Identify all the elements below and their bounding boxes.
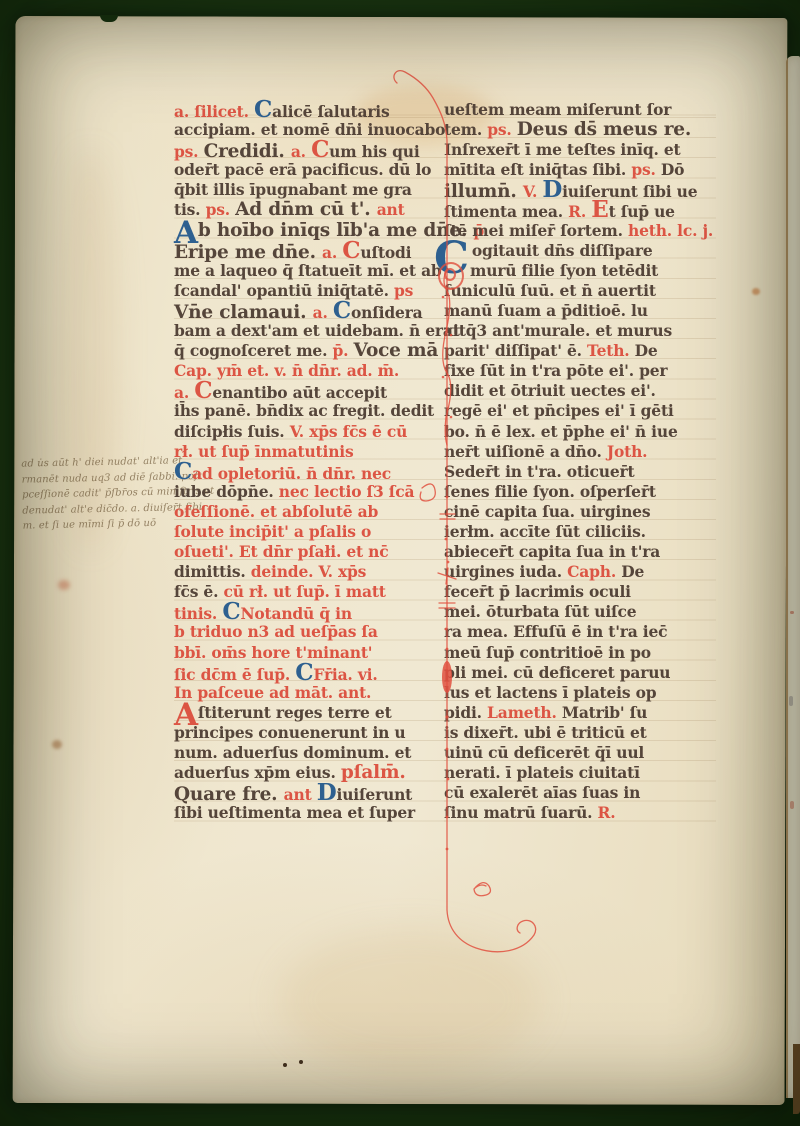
manuscript-line: funiculū ſuū. et n̄ auertit: [444, 281, 716, 301]
manuscript-line: oſueti'. Et dn̄r pſałi. et nc̄: [174, 542, 446, 562]
manuscript-line: ſolute incip̄it' a pſalis o: [174, 522, 446, 542]
text-run: ih̄s panē. bn̄dix ac fregit. dedit: [174, 401, 434, 420]
text-run: ſinu matrū ſuarū.: [444, 803, 598, 822]
manuscript-line: ſcandal' opantiū iniq̄tatē. ps: [174, 281, 446, 301]
text-run: pſalm̄.: [341, 762, 406, 783]
text-run: Teth.: [587, 341, 635, 360]
manuscript-line: abiecer̄t capita ſua in t'ra: [444, 542, 716, 562]
text-run: mītita eſt iniq̄tas ſibi.: [444, 160, 631, 179]
manuscript-line: fecer̄t p̄ lacrimis oculi: [444, 582, 716, 602]
text-run: R.: [568, 202, 591, 221]
initial-letter: C: [174, 458, 192, 485]
manuscript-line: xitq̄3 ant'murale. et murus: [444, 321, 716, 341]
text-run: fixe ſūt in t'ra pōte ei'. per: [444, 361, 667, 380]
text-run: nerati. ī plateis ciuitatī: [444, 763, 640, 782]
text-run: cū rł. ut ſup̄. ī matt: [223, 582, 385, 601]
manuscript-line: meū ſup̄ contritioē in po: [444, 643, 716, 663]
text-run: iuiſerunt ſibi ue: [562, 182, 697, 201]
text-run: Eripe me dn̄e.: [174, 242, 322, 263]
text-run: iube dōpn̄e.: [174, 482, 279, 501]
text-run: lus et lactens ī plateis op: [444, 683, 656, 702]
manuscript-line: manū ſuam a p̄ditioē. lu: [444, 301, 716, 321]
initial-filigree-swirl: [438, 262, 464, 290]
text-run: V.: [523, 182, 543, 201]
gloss-line: m. et ſi ue mīmi ſi p̄ dō uō: [23, 515, 179, 534]
manuscript-line: num. aduerſus dominum. et: [174, 743, 446, 763]
manuscript-line: q̄bit illis īpugnabant me gra: [174, 180, 446, 200]
text-run: De: [635, 341, 658, 360]
manuscript-line: Cad opletoriū. n̄ dn̄r. nec: [174, 462, 446, 482]
manuscript-line: ih̄s panē. bn̄dix ac fregit. dedit: [174, 401, 446, 421]
manuscript-line: tis. ps. Ad dn̄m cū t'. ant: [174, 200, 446, 220]
initial-letter: C: [194, 377, 212, 404]
text-run: fecer̄t p̄ lacrimis oculi: [444, 582, 631, 601]
manuscript-line: nerati. ī plateis ciuitatī: [444, 763, 716, 783]
manuscript-line: iube dōpn̄e. nec lectio ſ3 ſcā: [174, 482, 446, 502]
text-run: t ſup̄ ue: [609, 202, 675, 221]
text-run: ſic dc̄m ē ſup̄.: [174, 665, 295, 684]
foredge-fleck: [789, 696, 793, 706]
text-run: mei. ōturbata ſūt uiſce: [444, 602, 636, 621]
text-run: q̄ cognoſceret me.: [174, 341, 332, 360]
text-run: ſibi ueſtimenta mea et ſuper: [174, 803, 415, 822]
text-run: rł. ut ſup̄ īnmatutinis: [174, 442, 353, 461]
text-run: ueſtem meam miſerunt ſor: [444, 100, 671, 119]
manuscript-line: Quare fre. ant Diuiſerunt: [174, 783, 446, 803]
initial-letter: E: [591, 196, 608, 223]
manuscript-line: accipiam. et nomē dn̄i inuocabo: [174, 120, 446, 140]
manuscript-line: tem. ps. Deus ds̄ meus re.: [444, 120, 716, 140]
text-run: illumn̄.: [444, 181, 523, 202]
text-run: murū filie ſyon tetēdit: [470, 261, 658, 280]
text-run: Vn̄e clamaui.: [174, 302, 313, 323]
text-run: ps.: [631, 160, 661, 179]
manuscript-line: is dixer̄t. ubi ē triticū et: [444, 723, 716, 743]
text-run: diſcipłis ſuis.: [174, 422, 290, 441]
left-column: a. ſilicet. Calicē ſalutarisaccipiam. et…: [174, 100, 446, 826]
text-run: Seder̄t in t'ra. oticuer̄t: [444, 462, 634, 481]
text-run: uſtodi: [360, 243, 411, 262]
binding-edge: [793, 1044, 800, 1114]
text-run: deinde. V. xp̄s: [251, 562, 366, 581]
manuscript-line: didit et ōtriuit uectes ei'.: [444, 381, 716, 401]
text-run: Dō: [661, 160, 684, 179]
initial-letter: C: [222, 598, 240, 625]
manuscript-line: principes conuenerunt in u: [174, 723, 446, 743]
manuscript-line: me a laqueo q̄ ſtatueīt mī. et ab: [174, 261, 446, 281]
text-run: ps.: [206, 200, 236, 219]
text-run: funiculū ſuū. et n̄ auertit: [444, 281, 656, 300]
text-run: bo. n̄ ē lex. et p̄phe ei' n̄ iue: [444, 422, 678, 441]
text-run: enantibo aūt accepit: [212, 383, 387, 402]
manuscript-line: ſenes filie ſyon. oſperſer̄t: [444, 482, 716, 502]
manuscript-line: regē ei' et pn̄cipes ei' ī gēti: [444, 401, 716, 421]
manuscript-line: Eripe me dn̄e. a. Cuſtodi: [174, 241, 446, 261]
text-run: ſtimenta mea.: [444, 202, 568, 221]
text-run: didit et ōtriuit uectes ei'.: [444, 381, 656, 400]
text-run: um his qui: [329, 142, 419, 161]
text-run: In paſceue ad māt. ant.: [174, 683, 371, 702]
book-foredge: [786, 56, 800, 1098]
manuscript-line: pli mei. cū deficeret paruu: [444, 663, 716, 683]
text-run: Matrib' ſu: [562, 703, 647, 722]
initial-letter: A: [174, 705, 198, 725]
text-run: manū ſuam a p̄ditioē. lu: [444, 301, 648, 320]
text-run: Notandū q̄ in: [240, 604, 351, 623]
text-run: ogitauit dn̄s diſſipare: [472, 241, 653, 260]
text-run: bam a dext'am et uidebam. n̄ erat: [174, 321, 460, 340]
manuscript-line: ſtē mei miſer̄ ſortem. heth. lc. j.: [444, 221, 716, 241]
manuscript-line: ſic dc̄m ē ſup̄. CFr̄ia. vi.: [174, 663, 446, 683]
manuscript-line: Seder̄t in t'ra. oticuer̄t: [444, 462, 716, 482]
manuscript-line: parit' diſſipat' ē. Teth. De: [444, 341, 716, 361]
manuscript-line: mei. ōturbata ſūt uiſce: [444, 602, 716, 622]
manuscript-line: uirgines iuda. Caph. De: [444, 562, 716, 582]
manuscript-line: ps. Credidi. a. Cum his qui: [174, 140, 446, 160]
manuscript-line: murū filie ſyon tetēdit: [444, 261, 716, 281]
manuscript-line: Cogitauit dn̄s diſſipare: [444, 241, 716, 261]
text-run: heth. lc. j.: [628, 221, 713, 240]
manuscript-line: cū exalerēt aīas ſuas in: [444, 783, 716, 803]
initial-letter: C: [311, 136, 329, 163]
manuscript-line: ra mea. Effuſū ē in t'ra iec̄: [444, 622, 716, 642]
text-run: p̄.: [332, 341, 353, 360]
manuscript-line: ſinu matrū ſuarū. R.: [444, 803, 716, 823]
initial-letter: D: [317, 779, 337, 806]
manuscript-line: Inſrexer̄t ī me teſtes inīq. et: [444, 140, 716, 160]
text-run: ant: [377, 200, 405, 219]
manuscript-line: ſtimenta mea. R. Et ſup̄ ue: [444, 200, 716, 220]
text-run: onſidera: [351, 303, 422, 322]
text-run: iuiſerunt: [337, 785, 413, 804]
initial-letter: C: [254, 96, 272, 123]
text-run: b triduo n3 ad ueſp̄as ſa: [174, 622, 378, 641]
text-run: uinū cū deficerēt q̄ī uul: [444, 743, 644, 762]
text-run: Quare fre.: [174, 784, 284, 805]
text-run: q̄bit illis īpugnabant me gra: [174, 180, 412, 199]
text-run: V. xp̄s fc̄s ē cū: [290, 422, 408, 441]
manuscript-line: ner̄t uiſionē a dn̄o. Joth.: [444, 442, 716, 462]
marginal-gloss: ad u̇s aūt h' diei nudat' alt'ia etrmanē…: [21, 453, 179, 534]
text-run: ps.: [174, 142, 204, 161]
text-run: ad opletoriū. n̄ dn̄r. nec: [192, 464, 391, 483]
text-run: Ad dn̄m cū t'.: [235, 199, 377, 220]
text-run: Deus ds̄ meus re.: [517, 119, 691, 140]
text-run: pidi.: [444, 703, 487, 722]
text-run: ant: [284, 785, 317, 804]
text-run: bbī. om̄s hore t'minant': [174, 643, 372, 662]
text-run: De: [621, 562, 644, 581]
manuscript-line: rł. ut ſup̄ īnmatutinis: [174, 442, 446, 462]
manuscript-line: ueſtem meam miſerunt ſor: [444, 100, 716, 120]
text-run: cinē capita ſua. uirgines: [444, 502, 650, 521]
text-run: pli mei. cū deficeret paruu: [444, 663, 670, 682]
manuscript-line: cinē capita ſua. uirgines: [444, 502, 716, 522]
manuscript-line: ofeſſionē. et abſolutē ab: [174, 502, 446, 522]
manuscript-line: oder̄t pacē erā pacificus. dū lo: [174, 160, 446, 180]
text-run: accipiam. et nomē dn̄i inuocabo: [174, 120, 445, 139]
text-run: Voce mā: [354, 340, 439, 361]
text-run: ner̄t uiſionē a dn̄o.: [444, 442, 607, 461]
manuscript-line: pidi. Lameth. Matrib' ſu: [444, 703, 716, 723]
text-run: a.: [322, 243, 342, 262]
text-run: regē ei' et pn̄cipes ei' ī gēti: [444, 401, 674, 420]
text-run: b hoībo inīqs līb'a me dn̄e.: [198, 220, 474, 241]
manuscript-line: illumn̄. V. Diuiſerunt ſibi ue: [444, 180, 716, 200]
right-column: ueſtem meam miſerunt ſortem. ps. Deus ds…: [444, 100, 716, 826]
manuscript-line: bo. n̄ ē lex. et p̄phe ei' n̄ iue: [444, 422, 716, 442]
text-run: dimittis.: [174, 562, 251, 581]
text-run: a.: [313, 303, 333, 322]
manuscript-line: lus et lactens ī plateis op: [444, 683, 716, 703]
text-run: ierłm. accīte ſūt ciliciis.: [444, 522, 646, 541]
manuscript-line: tinis. CNotandū q̄ in: [174, 602, 446, 622]
text-run: alicē ſalutaris: [272, 102, 389, 121]
foredge-fleck: [790, 801, 794, 809]
manuscript-line: In paſceue ad māt. ant.: [174, 683, 446, 703]
manuscript-line: diſcipłis ſuis. V. xp̄s fc̄s ē cū: [174, 422, 446, 442]
text-run: Joth.: [607, 442, 648, 461]
manuscript-line: fc̄s ē. cū rł. ut ſup̄. ī matt: [174, 582, 446, 602]
manuscript-line: bam a dext'am et uidebam. n̄ erat: [174, 321, 446, 341]
text-run: ſenes filie ſyon. oſperſer̄t: [444, 482, 656, 501]
initial-letter: D: [542, 176, 562, 203]
initial-letter: A: [174, 223, 198, 243]
text-run: meū ſup̄ contritioē in po: [444, 643, 651, 662]
text-run: oder̄t pacē erā pacificus. dū lo: [174, 160, 431, 179]
manuscript-line: aduerſus xp̄m eius. pſalm̄.: [174, 763, 446, 783]
text-run: R.: [598, 803, 616, 822]
text-run: oſueti'. Et dn̄r pſałi. et nc̄: [174, 542, 388, 561]
text-run: abiecer̄t capita ſua in t'ra: [444, 542, 660, 561]
text-run: ra mea. Effuſū ē in t'ra iec̄: [444, 622, 667, 641]
text-run: fc̄s ē.: [174, 582, 223, 601]
manuscript-line: dimittis. deinde. V. xp̄s: [174, 562, 446, 582]
text-run: ſtē mei miſer̄ ſortem.: [444, 221, 628, 240]
manuscript-line: ierłm. accīte ſūt ciliciis.: [444, 522, 716, 542]
manuscript-line: b triduo n3 ad ueſp̄as ſa: [174, 622, 446, 642]
text-run: uirgines iuda.: [444, 562, 567, 581]
text-run: xitq̄3 ant'murale. et murus: [444, 321, 672, 340]
text-run: Fr̄ia. vi.: [313, 665, 377, 684]
text-run: ſcandal' opantiū iniq̄tatē.: [174, 281, 394, 300]
text-run: parit' diſſipat' ē.: [444, 341, 587, 360]
text-run: is dixer̄t. ubi ē triticū et: [444, 723, 647, 742]
text-run: Lameth.: [487, 703, 562, 722]
text-run: Inſrexer̄t ī me teſtes inīq. et: [444, 140, 681, 159]
text-run: a.: [174, 383, 194, 402]
text-run: Credidi.: [204, 141, 291, 162]
manuscript-line: Cap. ym̄ et. v. n̄ dn̄r. ad. m̄.: [174, 361, 446, 381]
text-run: num. aduerſus dominum. et: [174, 743, 411, 762]
initial-letter: C: [342, 237, 360, 264]
manuscript-line: a. Cenantibo aūt accepit: [174, 381, 446, 401]
text-run: cū exalerēt aīas ſuas in: [444, 783, 640, 802]
text-run: nec lectio ſ3 ſcā: [279, 482, 415, 501]
manuscript-line: q̄ cognoſceret me. p̄. Voce mā: [174, 341, 446, 361]
manuscript-line: fixe ſūt in t'ra pōte ei'. per: [444, 361, 716, 381]
text-run: Caph.: [567, 562, 621, 581]
manuscript-line: mītita eſt iniq̄tas ſibi. ps. Dō: [444, 160, 716, 180]
text-run: ſtiterunt reges terre et: [198, 703, 392, 722]
text-run: ps.: [487, 120, 517, 139]
text-run: a. ſilicet.: [174, 102, 254, 121]
text-run: tem.: [444, 120, 487, 139]
foredge-fleck: [790, 611, 794, 614]
text-run: me a laqueo q̄ ſtatueīt mī. et ab: [174, 261, 442, 280]
manuscript-line: Aſtiterunt reges terre et: [174, 703, 446, 723]
manuscript-line: uinū cū deficerēt q̄ī uul: [444, 743, 716, 763]
manuscript-line: ſibi ueſtimenta mea et ſuper: [174, 803, 446, 823]
manuscript-line: Vn̄e clamaui. a. Conſidera: [174, 301, 446, 321]
text-run: tinis.: [174, 604, 222, 623]
text-run: principes conuenerunt in u: [174, 723, 406, 742]
text-run: ps: [394, 281, 413, 300]
manuscript-line: Ab hoībo inīqs līb'a me dn̄e. p̄: [174, 221, 446, 241]
initial-letter: C: [333, 297, 351, 324]
text-run: a.: [291, 142, 311, 161]
initial-letter: C: [295, 659, 313, 686]
text-run: ofeſſionē. et abſolutē ab: [174, 502, 378, 521]
text-run: ſolute incip̄it' a pſalis o: [174, 522, 371, 541]
manuscript-line: a. ſilicet. Calicē ſalutaris: [174, 100, 446, 120]
